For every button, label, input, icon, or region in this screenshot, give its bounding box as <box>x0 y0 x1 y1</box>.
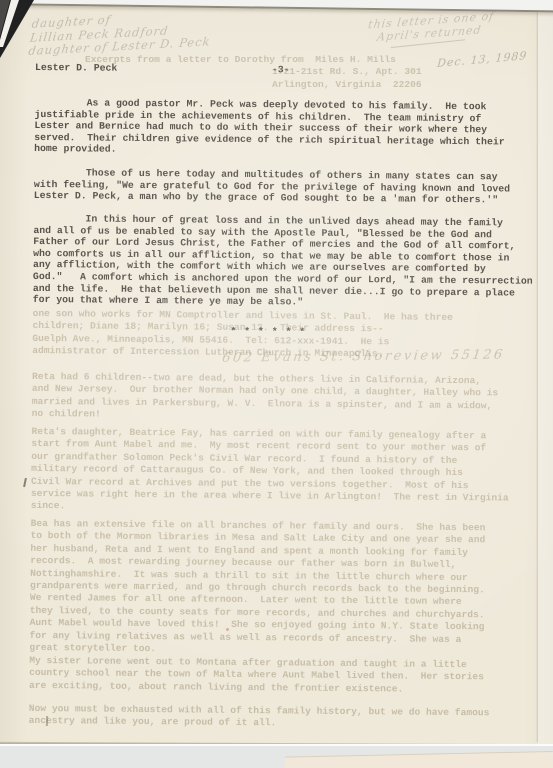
paragraph-gratitude: Those of us here today and multitudes of… <box>34 167 511 206</box>
text-line: 1721-21st Rd. S., Apt. 301 <box>35 66 422 78</box>
text-line: Excerpts from a letter to Dorothy from M… <box>35 54 422 66</box>
paragraph-family: As a good pastor Mr. Peck was deeply dev… <box>34 97 505 159</box>
ghost-letterhead-block: Excerpts from a letter to Dorothy from M… <box>35 54 422 91</box>
page-content: one son who works for MN Comptroller and… <box>0 0 553 768</box>
ghost-paragraph-3: Bea has an extensive file on all branche… <box>29 518 485 659</box>
paper-speck <box>226 628 229 631</box>
paragraph-scripture: In this hour of great loss and in the un… <box>33 213 534 311</box>
asterisk-divider: * * * * * * <box>230 326 306 338</box>
text-line: Arlington, Virginia 22206 <box>35 79 422 91</box>
scanner-background-right <box>538 8 553 744</box>
pencil-tick-mark <box>46 716 48 726</box>
ghost-paragraph-4: My sister Lorene went out to Montana aft… <box>29 655 484 697</box>
ghost-paragraph-5: Now you must be exhausted with all of th… <box>29 703 490 732</box>
ghost-paragraph-2: Reta's daughter, Beatrice Fay, has carri… <box>31 426 510 517</box>
scanned-letter-page: Excerpts from a letter to Dorothy from M… <box>0 0 553 768</box>
page-corner-fold-icon <box>0 0 70 80</box>
ghost-paragraph-1: Reta had 6 children--two are dead, but t… <box>32 371 499 425</box>
ghost-address-handwriting: 602 Evans St. Shoreview 55126 <box>221 348 505 366</box>
